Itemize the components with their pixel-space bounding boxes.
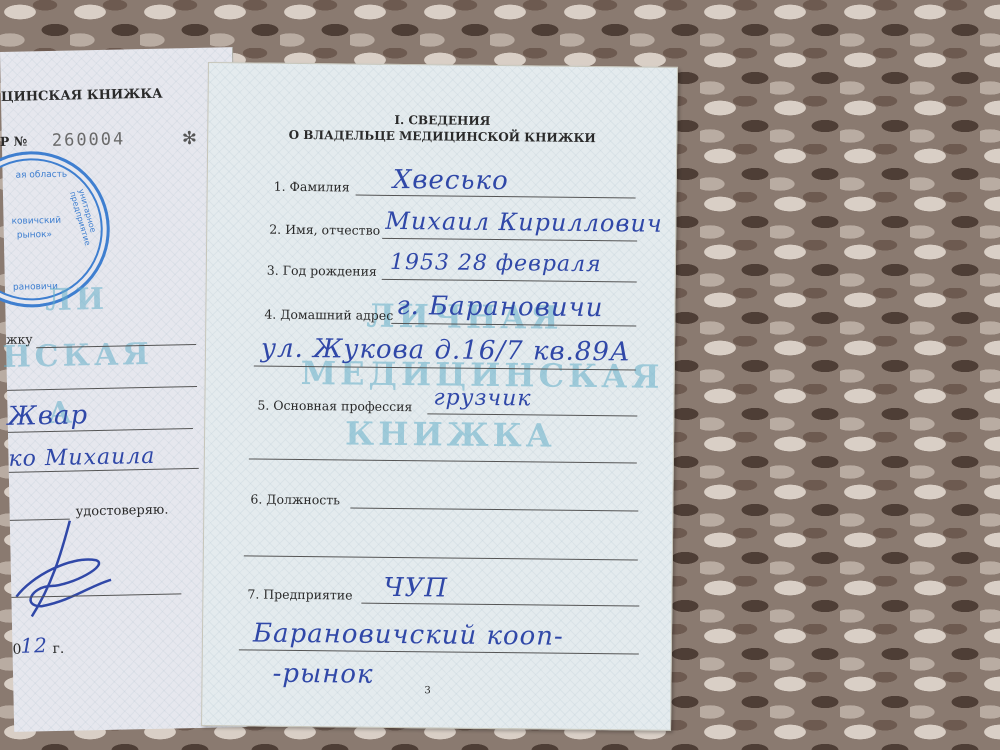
field-profession-label: 5. Основная профессия xyxy=(257,398,412,415)
field-address-value: г. Барановичи xyxy=(396,291,603,323)
field-name-line xyxy=(382,238,637,242)
stamp-text-center-2: рынок» xyxy=(17,230,52,241)
field-name-label: 2. Имя, отчество xyxy=(269,222,380,238)
left-line-2 xyxy=(7,386,197,391)
stamp-text-center-1: ковичский xyxy=(11,216,61,227)
stamp-text-top: ая область xyxy=(15,170,67,181)
field-employer-label: 7. Предприятие xyxy=(247,586,352,602)
field-position-line xyxy=(350,508,638,512)
field-address-label: 4. Домашний адрес xyxy=(264,307,393,323)
booklet-number: 260004 xyxy=(52,129,126,151)
left-page-header: ЦИНСКАЯ КНИЖКА xyxy=(1,87,163,105)
field-employer-line xyxy=(361,603,639,607)
watermark-line-3: КНИЖКА xyxy=(345,414,556,454)
left-handwritten-1: Жвар xyxy=(7,400,88,432)
field-surname-label: 1. Фамилия xyxy=(274,179,350,195)
signature-icon xyxy=(10,515,122,627)
page-number: 3 xyxy=(424,685,430,696)
field-birth-label: 3. Год рождения xyxy=(267,263,377,279)
right-page: I. СВЕДЕНИЯ О ВЛАДЕЛЬЦЕ МЕДИЦИНСКОЙ КНИЖ… xyxy=(201,62,678,731)
watermark-line-1: ЛИ xyxy=(45,282,109,318)
asterisk-icon: ✻ xyxy=(182,128,198,149)
field-position-line-2 xyxy=(244,555,638,560)
field-name-value: Михаил Кириллович xyxy=(385,207,663,238)
field-profession-value: грузчик xyxy=(433,385,531,411)
year-handwritten: 12 xyxy=(20,633,48,658)
field-birth-line xyxy=(382,279,637,283)
field-birth-value: 1953 28 февраля xyxy=(390,250,602,277)
left-line1-label: жку xyxy=(6,331,33,347)
stamp-text-ring: унитарное предприятие xyxy=(68,188,101,247)
left-handwritten-2: ко Михаила xyxy=(8,444,155,472)
field-employer-continuation-2: -рынок xyxy=(272,659,373,690)
field-profession-line-2 xyxy=(249,458,637,463)
field-employer-value: ЧУП xyxy=(383,573,448,604)
field-employer-continuation: Барановичский кооп- xyxy=(253,619,564,652)
section-subtitle: О ВЛАДЕЛЬЦЕ МЕДИЦИНСКОЙ КНИЖКИ xyxy=(208,127,676,146)
field-address-continuation: ул. Жукова д.16/7 кв.89А xyxy=(261,334,631,368)
number-label: Р № xyxy=(0,133,27,149)
field-position-label: 6. Должность xyxy=(250,491,340,507)
year-suffix: г. xyxy=(52,641,64,657)
field-surname-value: Хвесько xyxy=(393,165,509,196)
